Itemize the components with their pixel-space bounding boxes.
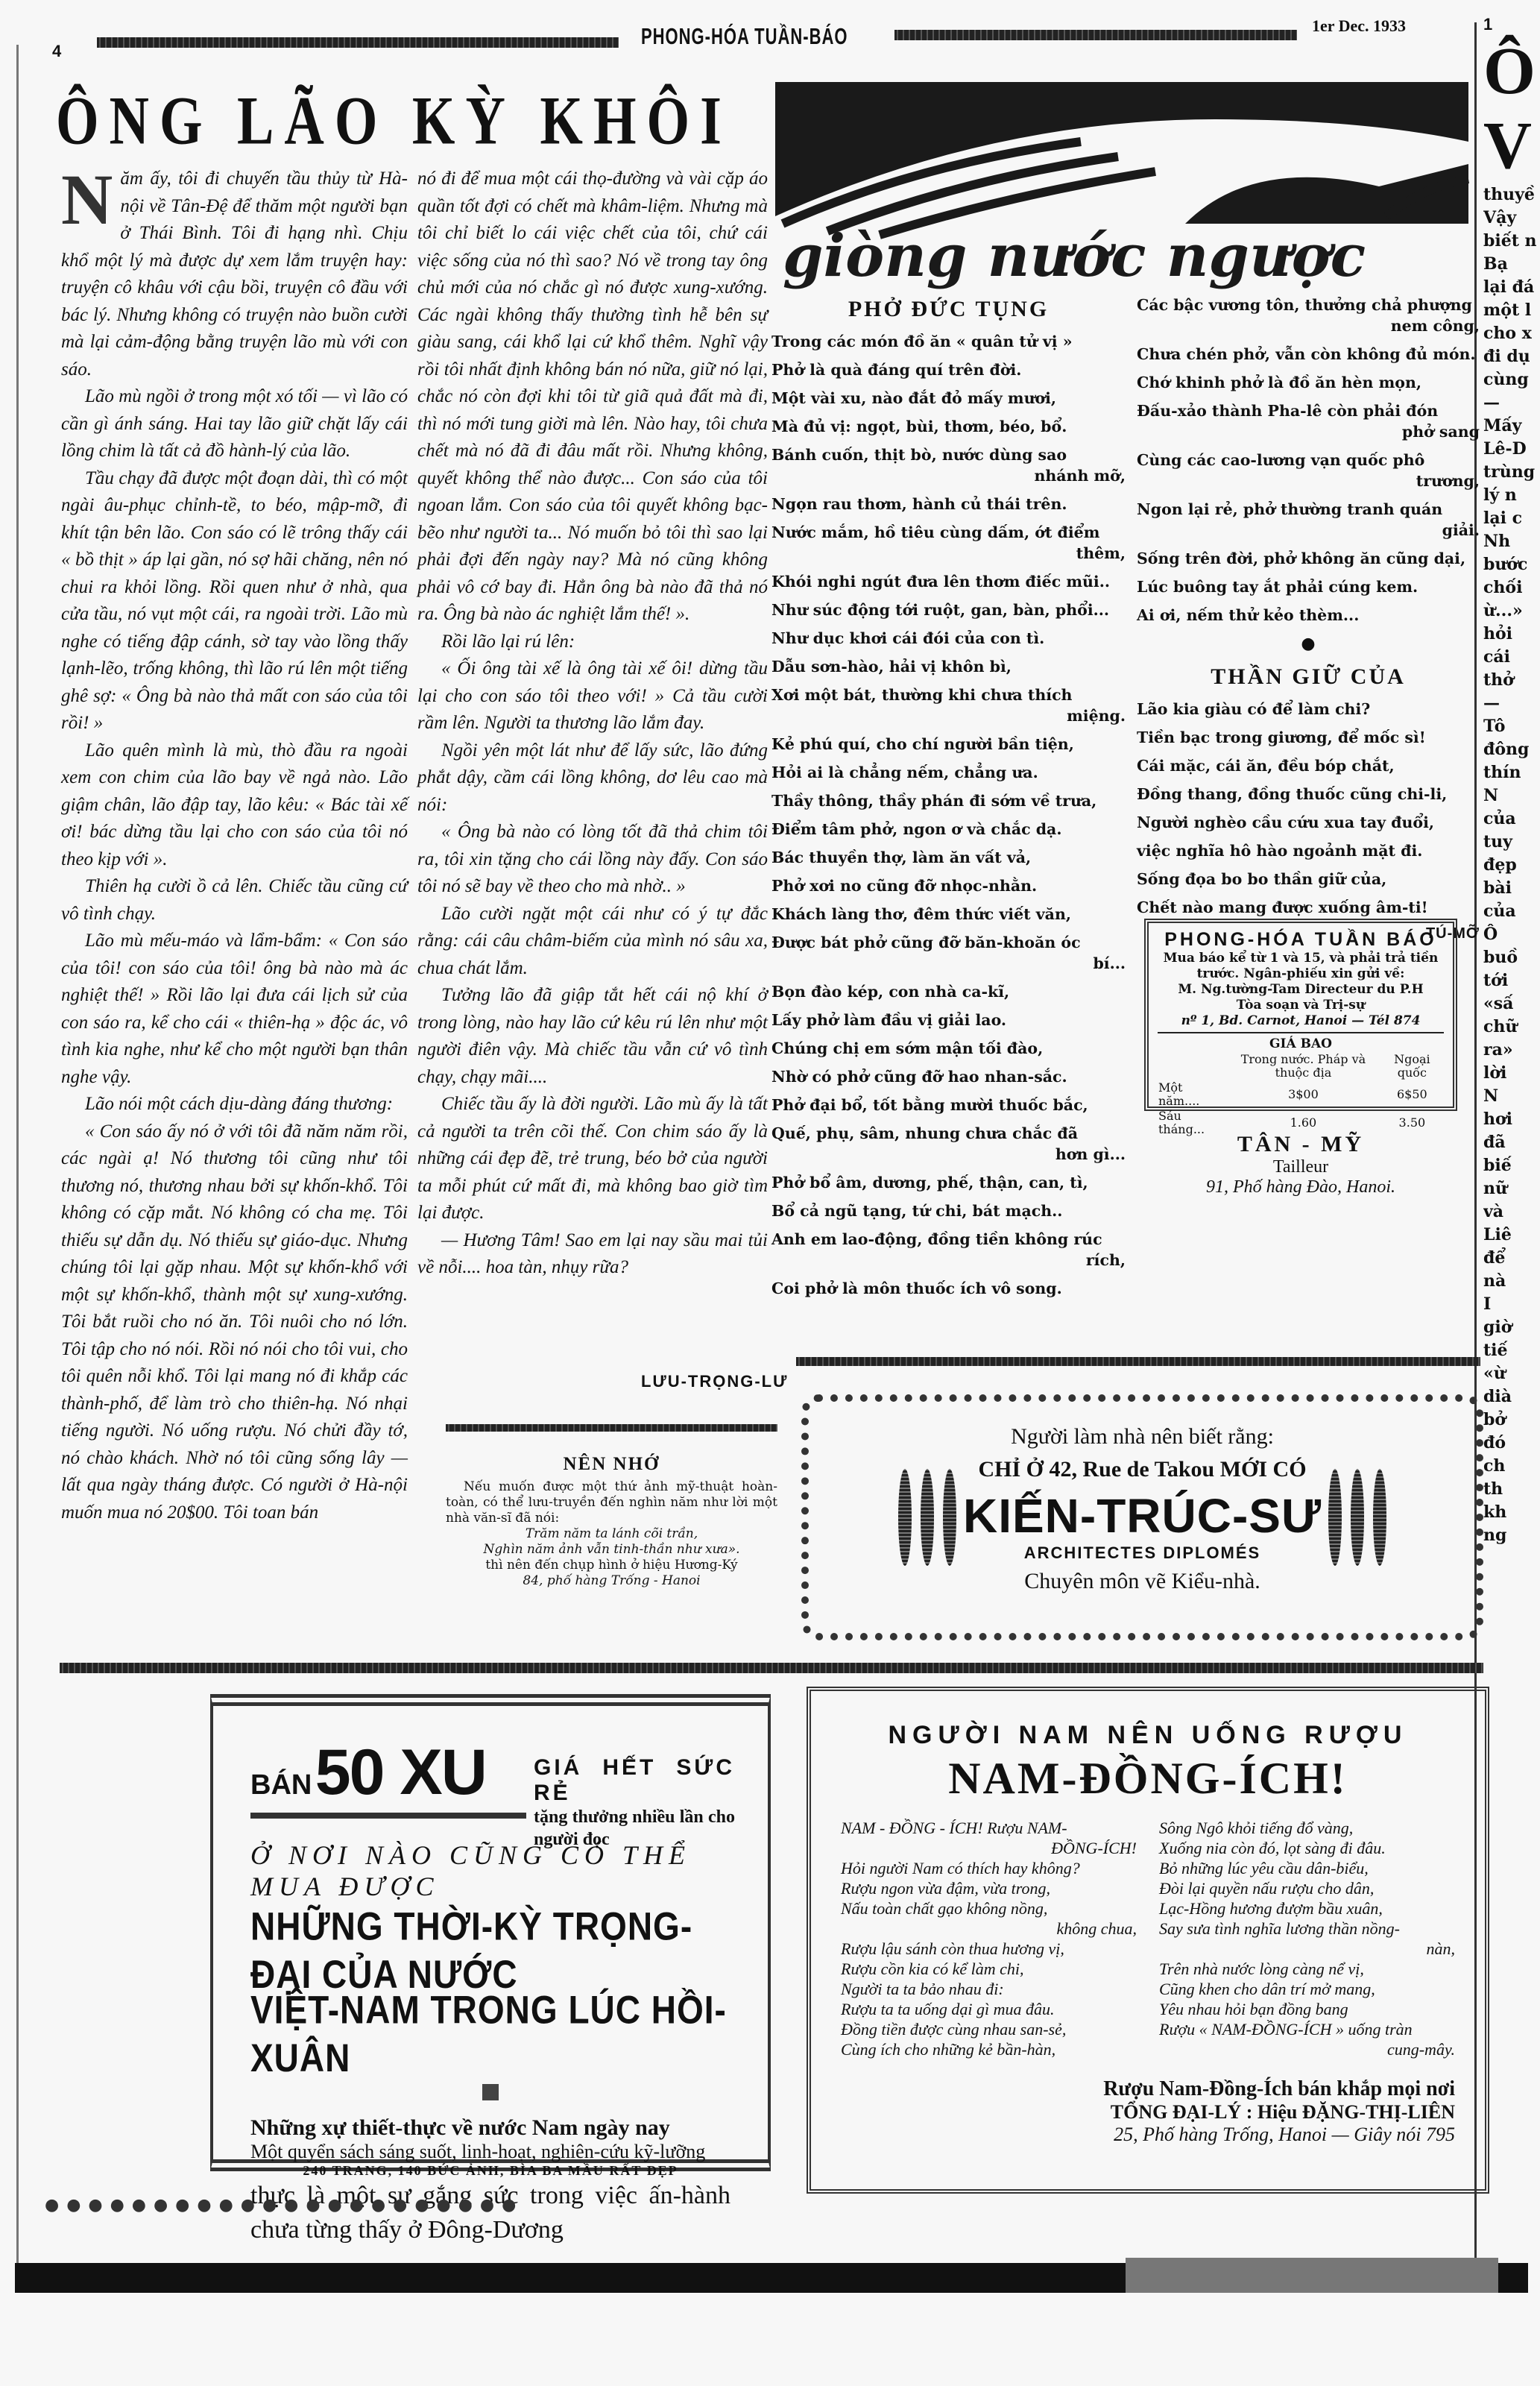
- notice-verse: Nghìn năm ảnh vẫn tinh-thần như xưa».: [446, 1542, 777, 1558]
- poem-line: Lấy phở làm đầu vị giải lao.: [771, 1010, 1126, 1030]
- next-page-strip: 1 Ô V thuyềVậybiết nBạlại đámột lcho xđi…: [1483, 15, 1540, 1547]
- price-title: GIÁ BAO: [1158, 1036, 1444, 1052]
- page-left-edge: [16, 45, 19, 2282]
- strip-line: Bạ: [1483, 253, 1540, 276]
- poem-line: Xơi một bát, thường khi chưa thíchmiệng.: [771, 684, 1126, 726]
- poem-line: Nấu toàn chất gạo không nồng,không chua,: [841, 1898, 1137, 1939]
- strip-line: dià: [1483, 1385, 1540, 1408]
- strip-line: tuy: [1483, 831, 1540, 854]
- strip-line: th: [1483, 1478, 1540, 1501]
- photo-studio-notice: NÊN NHỚ Nếu muốn được một thứ ảnh mỹ-thu…: [446, 1454, 777, 1589]
- giong-nuoc-nguoc-illustration: giòng nước ngược: [768, 75, 1476, 298]
- strip-line: lời: [1483, 1062, 1540, 1085]
- paragraph: Lão mù mếu-máo và lẩm-bẩm: « Con sáo của…: [61, 928, 408, 1091]
- article-author: LƯU-TRỌNG-LƯ: [641, 1372, 788, 1391]
- tailor-name: TÂN - MỸ: [1144, 1132, 1457, 1157]
- poem-line: Được bát phở cũng đỡ băn-khoăn ócbí...: [771, 932, 1126, 974]
- poem-line: Say sưa tình nghĩa lương thần nồng-nàn,: [1159, 1918, 1455, 1959]
- price-table: Trong nước. Pháp và thuộc địaNgoại quốc …: [1158, 1052, 1444, 1137]
- poem-line: Cùng các cao-lương vạn quốc phôtrương,: [1137, 450, 1480, 491]
- strip-line: hơi: [1483, 1108, 1540, 1131]
- poem-line: Đồng tiền được cùng nhau san-sẻ,: [841, 2019, 1137, 2039]
- subscription-title: PHONG-HÓA TUẦN BÁO: [1158, 929, 1444, 951]
- poem-line: Cũng khen cho dân trí mở mang,: [1159, 1979, 1455, 1999]
- strip-line: hỏi: [1483, 623, 1540, 646]
- subscription-box: PHONG-HÓA TUẦN BÁO Mua báo kể từ 1 và 15…: [1144, 919, 1457, 1111]
- paragraph: Lão nói một cách dịu-dàng đáng thương:: [61, 1091, 408, 1118]
- strip-line: N: [1483, 784, 1540, 808]
- poem-line: Chúng chị em sớm mận tối đào,: [771, 1038, 1126, 1059]
- poem-line: Rượu ngon vừa đậm, vừa trong,: [841, 1878, 1137, 1898]
- notice-title: NÊN NHỚ: [446, 1454, 777, 1475]
- poem-line: Rượu lậu sánh còn thua hương vị,: [841, 1939, 1137, 1959]
- poem-line: Tiền bạc trong giương, để mốc sì!: [1137, 727, 1480, 748]
- poem-line: Sông Ngô khỏi tiếng đổ vàng,: [1159, 1818, 1455, 1838]
- strip-line: Mấy: [1483, 415, 1540, 438]
- strip-line: cho x: [1483, 322, 1540, 345]
- notice-verse: Trăm năm ta lánh cõi trần,: [446, 1526, 777, 1542]
- poem-line: Bác thuyền thợ, làm ăn vất vả,: [771, 847, 1126, 868]
- strip-line: chối: [1483, 576, 1540, 599]
- ad-side-text: GIÁ HẾT SỨC RẺ tặng thưởng nhiều lần cho…: [534, 1755, 735, 1851]
- architect-ad: Người làm nhà nên biết rằng: CHỈ Ở 42, R…: [801, 1394, 1483, 1640]
- poem-line: Phở đại bổ, tốt bằng mười thuốc bắc,: [771, 1095, 1126, 1115]
- strip-line: lý n: [1483, 484, 1540, 507]
- strip-line: biế: [1483, 1154, 1540, 1177]
- book-title: VIỆT-NAM TRONG LÚC HỒI-XUÂN: [250, 1986, 730, 2082]
- poem-title: THẦN GIỮ CỦA: [1137, 664, 1480, 690]
- article-title: ÔNG LÃO KỲ KHÔI: [56, 82, 732, 161]
- strip-line: bước: [1483, 553, 1540, 576]
- article-column-middle: nó đi để mua một cái thọ-đường và vài cặ…: [417, 166, 768, 1282]
- paragraph: Tưởng lão đã giập tắt hết cái nộ khí ở t…: [417, 982, 768, 1091]
- paragraph: Thiên hạ cười ồ cả lên. Chiếc tầu cũng c…: [61, 873, 408, 928]
- poem-line: Phở bổ âm, dương, phế, thận, can, tì,: [771, 1172, 1126, 1193]
- strip-line: cái: [1483, 646, 1540, 669]
- poem-line: Người ta ta bảo nhau đi:: [841, 1979, 1137, 1999]
- poem-line: Khách làng thơ, đêm thức viết văn,: [771, 904, 1126, 925]
- svg-text:giòng nước ngược: giòng nước ngược: [783, 222, 1366, 290]
- strip-line: biết n: [1483, 230, 1540, 253]
- section-divider: [446, 1424, 777, 1432]
- leaf-ornament-icon: [1373, 1469, 1386, 1566]
- page-bottom-shadow: [1126, 2258, 1498, 2293]
- strip-line: lại đá: [1483, 276, 1540, 299]
- strip-line: tới: [1483, 969, 1540, 992]
- bullet-icon: ●: [1137, 633, 1480, 654]
- poem-line: Coi phở là môn thuốc ích vô song.: [771, 1278, 1126, 1299]
- poem-line: Cùng ích cho những kẻ bần-hàn,: [841, 2039, 1137, 2059]
- poem-line: Anh em lao-động, đồng tiền không rúcrích…: [771, 1229, 1126, 1271]
- poem-line: Lão kia giàu có để làm chi?: [1137, 699, 1480, 720]
- strip-line: bở: [1483, 1408, 1540, 1432]
- strip-line: nà: [1483, 1270, 1540, 1293]
- strip-line: và: [1483, 1200, 1540, 1224]
- paragraph: nó đi để mua một cái thọ-đường và vài cặ…: [417, 166, 768, 629]
- strip-line: nữ: [1483, 1177, 1540, 1200]
- poem-pho-duc-tung: PHỞ ĐỨC TỤNG Trong các món đồ ăn « quân …: [771, 297, 1126, 1306]
- strip-line: chữ: [1483, 1016, 1540, 1039]
- drop-cap: N: [61, 170, 113, 230]
- page-number: 1: [1483, 15, 1540, 34]
- paragraph: Lão mù ngồi ở trong một xó tối — vì lão …: [61, 383, 408, 465]
- strip-line: đẹp: [1483, 854, 1540, 877]
- office-address: nº 1, Bd. Carnot, Hanoi — Tél 874: [1158, 1013, 1444, 1029]
- strip-line: kh: [1483, 1501, 1540, 1524]
- poem-line: Đòi lại quyền nấu rượu cho dân,: [1159, 1878, 1455, 1898]
- poem-line: Phở là quà đáng quí trên đời.: [771, 359, 1126, 380]
- strip-line: —: [1483, 692, 1540, 715]
- poem-line: Kẻ phú quí, cho chí người bần tiện,: [771, 734, 1126, 755]
- notice-outro: thì nên đến chụp hình ở hiệu Hương-Ký: [446, 1558, 777, 1573]
- square-ornament-icon: [482, 2084, 499, 2100]
- agent-address: 25, Phố hàng Trống, Hanoi — Giây nói 795: [841, 2124, 1455, 2146]
- strip-line: cùng: [1483, 368, 1540, 391]
- ad-label: BÁN: [250, 1769, 312, 1801]
- paragraph: — Hương Tâm! Sao em lại nay sầu mai tủi …: [417, 1227, 768, 1282]
- poem-line: Ngon lại rẻ, phở thường tranh quángiải.: [1137, 499, 1480, 541]
- poem-column-right: Các bậc vương tôn, thưởng chả phượngnem …: [1137, 295, 1480, 942]
- strip-line: «sấ: [1483, 992, 1540, 1016]
- ad-line: Rượu Nam-Đồng-Ích bán khắp mọi nơi: [841, 2077, 1455, 2101]
- strip-line: thín: [1483, 761, 1540, 784]
- strip-line: Liê: [1483, 1224, 1540, 1247]
- poem-line: Sống đọa bo bo thần giữ của,: [1137, 869, 1480, 890]
- poem-line: Nước mắm, hồ tiêu cùng dấm, ớt điểmthêm,: [771, 522, 1126, 564]
- ad-line: Chuyên môn vẽ Kiểu-nhà.: [809, 1569, 1476, 1594]
- poem-line: Hỏi ai là chẳng nếm, chẳng ưa.: [771, 762, 1126, 783]
- paragraph: Lão cười ngặt một cái như có ý tự đắc rằ…: [417, 901, 768, 983]
- poem-line: Dẫu sơn-hào, hải vị khôn bì,: [771, 656, 1126, 677]
- strip-line: Lê-D: [1483, 438, 1540, 461]
- strip-line: đông: [1483, 738, 1540, 761]
- poem-line: Nhờ có phở cũng đỡ hao nhan-sắc.: [771, 1066, 1126, 1087]
- poem-line: Chớ khinh phở là đồ ăn hèn mọn,: [1137, 372, 1480, 393]
- strip-line: buồ: [1483, 946, 1540, 969]
- strip-line: bài: [1483, 877, 1540, 900]
- poem-line: Các bậc vương tôn, thưởng chả phượngnem …: [1137, 295, 1480, 336]
- ad-heading: NGƯỜI NAM NÊN UỐNG RƯỢU: [841, 1721, 1455, 1750]
- strip-line: N: [1483, 1085, 1540, 1108]
- poem-line: NAM - ĐỒNG - ÍCH! Rượu NAM-ĐỒNG-ÍCH!: [841, 1818, 1137, 1858]
- poem-title: PHỞ ĐỨC TỤNG: [771, 297, 1126, 322]
- strip-line: I: [1483, 1293, 1540, 1316]
- poem-line: Người nghèo cầu cứu xua tay đuổi,: [1137, 812, 1480, 833]
- poem-line: Rượu cồn kia có kể làm chi,: [841, 1959, 1137, 1979]
- leaf-ornament-icon: [1328, 1469, 1342, 1566]
- ad-brand: NAM-ĐỒNG-ÍCH!: [841, 1753, 1455, 1804]
- ad-line: Một quyển sách sáng suốt, linh-hoạt, ngh…: [250, 2141, 730, 2163]
- leaf-ornament-icon: [943, 1469, 956, 1566]
- section-divider: [60, 1663, 1483, 1673]
- strip-line: tiế: [1483, 1339, 1540, 1362]
- agent-name: TỔNG ĐẠI-LÝ : Hiệu ĐẶNG-THỊ-LIÊN: [841, 2101, 1455, 2124]
- leaf-ornament-icon: [921, 1469, 934, 1566]
- poem-line: Phở xơi no cũng đỡ nhọc-nhằn.: [771, 875, 1126, 896]
- poem-line: Yêu nhau hỏi bạn đồng bang: [1159, 1999, 1455, 2019]
- page-number: 4: [52, 42, 61, 61]
- tailor-ad: TÂN - MỸ Tailleur 91, Phố hàng Đào, Hano…: [1144, 1132, 1457, 1197]
- poem-line: Khói nghi ngút đưa lên thơm điếc mũi..: [771, 571, 1126, 592]
- strip-line: ng: [1483, 1524, 1540, 1547]
- paragraph: Chiếc tầu ấy là đời người. Lão mù ấy là …: [417, 1091, 768, 1227]
- poem-line: Xuống nia còn đó, lọt sàng đi đâu.: [1159, 1838, 1455, 1858]
- director-name: M. Ng.tường-Tam Directeur du P.H: [1158, 982, 1444, 998]
- poem-line: Như dục khơi cái đói của con tì.: [771, 628, 1126, 649]
- poem-line: Như súc động tới ruột, gan, bàn, phổi...: [771, 599, 1126, 620]
- poem-line: Lúc buông tay ắt phải cúng kem.: [1137, 576, 1480, 597]
- paragraph: « Con sáo ấy nó ở với tôi đã năm năm rồi…: [61, 1118, 408, 1527]
- strip-line: Tô: [1483, 715, 1540, 738]
- ad-line: Người làm nhà nên biết rằng:: [809, 1424, 1476, 1449]
- woodcut-waves-icon: giòng nước ngược: [768, 75, 1476, 298]
- poem-line: Quế, phụ, sâm, nhung chưa chắc đãhơn gì.…: [771, 1123, 1126, 1165]
- poem-line: Cái mặc, cái ăn, đều bóp chắt,: [1137, 755, 1480, 776]
- poem-line: Trong các món đồ ăn « quân tử vị »: [771, 331, 1126, 352]
- paragraph: Tầu chạy đã được một đoạn dài, thì có mộ…: [61, 465, 408, 737]
- poem-line: Bổ cả ngũ tạng, tứ chi, bát mạch..: [771, 1200, 1126, 1221]
- underline-bar: [250, 1813, 526, 1819]
- paragraph: Lão quên mình là mù, thò đầu ra ngoài xe…: [61, 737, 408, 874]
- poem-line: Đồng thang, đồng thuốc cũng chi-li,: [1137, 784, 1480, 805]
- poem-line: Bọn đào kép, con nhà ca-kĩ,: [771, 981, 1126, 1002]
- poem-line: Sống trên đời, phở không ăn cũng dại,: [1137, 548, 1480, 569]
- section-divider: [796, 1357, 1480, 1366]
- strip-line: một l: [1483, 299, 1540, 322]
- article-column-left: Năm ấy, tôi đi chuyến tầu thủy từ Hà-nội…: [61, 166, 408, 1526]
- poem-line: Bỏ những lúc yêu cầu dân-biểu,: [1159, 1858, 1455, 1878]
- header-rule-right: [894, 30, 1297, 40]
- strip-line: trùng: [1483, 461, 1540, 484]
- tailor-trade: Tailleur: [1144, 1157, 1457, 1177]
- subscription-text: Mua báo kể từ 1 và 15, và phải trả tiền …: [1158, 951, 1444, 982]
- poem-line: Chưa chén phở, vẫn còn không đủ món.: [1137, 344, 1480, 365]
- poem-line: Điểm tâm phở, ngon ơ và chắc dạ.: [771, 819, 1126, 840]
- strip-line: Ô: [1483, 923, 1540, 946]
- strip-line: của: [1483, 808, 1540, 831]
- strip-line: thuyề: [1483, 183, 1540, 207]
- leaf-ornament-icon: [1351, 1469, 1364, 1566]
- strip-line: Nh: [1483, 530, 1540, 553]
- poem-line: Rượu « NAM-ĐỒNG-ÍCH » uống tràncung-mây.: [1159, 2019, 1455, 2059]
- dot-ornament-row: ●●●●●●●●●●●●●●●●●●●●●●: [45, 2196, 596, 2215]
- strip-line: —: [1483, 391, 1540, 415]
- strip-line: của: [1483, 900, 1540, 923]
- poem-line: Ai ơi, nếm thử kẻo thèm...: [1137, 605, 1480, 626]
- ad-line: 240 TRANG, 140 BỨC ẢNH, BÌA BA MẦU RẤT Đ…: [250, 2163, 730, 2179]
- strip-line: để: [1483, 1247, 1540, 1270]
- wine-ad: NGƯỜI NAM NÊN UỐNG RƯỢU NAM-ĐỒNG-ÍCH! NA…: [807, 1687, 1489, 2194]
- poem-line: Thầy thông, thầy phán đi sớm về trưa,: [771, 790, 1126, 811]
- poem-line: Rượu ta ta uống dại gì mua đâu.: [841, 1999, 1137, 2019]
- notice-intro: Nếu muốn được một thứ ảnh mỹ-thuật hoàn-…: [446, 1479, 777, 1526]
- paragraph: Năm ấy, tôi đi chuyến tầu thủy từ Hà-nội…: [61, 166, 408, 383]
- ad-line: Những xự thiết-thực về nước Nam ngày nay: [250, 2115, 730, 2141]
- poem-line: việc nghĩa hô hào ngoảnh mặt đi.: [1137, 840, 1480, 861]
- strip-line: lại c: [1483, 507, 1540, 530]
- ad-price: 50 XU: [315, 1737, 486, 1808]
- issue-date: 1er Dec. 1933: [1312, 16, 1406, 36]
- notice-address: 84, phố hàng Trống - Hanoi: [446, 1573, 777, 1589]
- table-row: Một năm....3$006$50: [1158, 1080, 1444, 1109]
- book-title: NHỮNG THỜI-KỲ TRỌNG-ĐẠI CỦA NƯỚC: [250, 1902, 730, 1998]
- book-ad: BÁN 50 XU GIÁ HẾT SỨC RẺ tặng thưởng nhi…: [210, 1694, 771, 2171]
- paragraph: « Ông bà nào có lòng tốt đã thả chim tôi…: [417, 819, 768, 901]
- strip-line: Vậy: [1483, 207, 1540, 230]
- publication-name: PHONG-HÓA TUẦN-BÁO: [641, 23, 848, 50]
- poem-line: Ngọn rau thơm, hành củ thái trên.: [771, 494, 1126, 514]
- wine-poem-left: NAM - ĐỒNG - ÍCH! Rượu NAM-ĐỒNG-ÍCH!Hỏi …: [841, 1818, 1137, 2059]
- strip-line: đó: [1483, 1432, 1540, 1455]
- strip-line: đi dụ: [1483, 345, 1540, 368]
- strip-line: ừ...»: [1483, 599, 1540, 623]
- poem-line: Mà đủ vị: ngọt, bùi, thơm, béo, bổ.: [771, 416, 1126, 437]
- poem-line: Một vài xu, nào đắt đỏ mấy mươi,: [771, 388, 1126, 409]
- strip-line: «ừ: [1483, 1362, 1540, 1385]
- paragraph: Ngồi yên một lát như để lấy sức, lão đứn…: [417, 737, 768, 819]
- strip-line: ch: [1483, 1455, 1540, 1478]
- poem-line: Bánh cuốn, thịt bò, nước dùng saonhánh m…: [771, 444, 1126, 486]
- paragraph: Rồi lão lại rú lên:: [417, 629, 768, 656]
- leaf-ornament-icon: [898, 1469, 912, 1566]
- poem-line: Trên nhà nước lòng càng nể vị,: [1159, 1959, 1455, 1979]
- strip-line: đã: [1483, 1131, 1540, 1154]
- header-rule-left: [97, 37, 619, 48]
- poem-line: Chết nào mang được xuống âm-ti!: [1137, 897, 1480, 918]
- wine-poem-right: Sông Ngô khỏi tiếng đổ vàng,Xuống nia cò…: [1159, 1818, 1455, 2059]
- strip-line: giờ: [1483, 1316, 1540, 1339]
- poem-line: Lạc-Hồng hương đượm bầu xuân,: [1159, 1898, 1455, 1918]
- tailor-address: 91, Phố hàng Đào, Hanoi.: [1144, 1177, 1457, 1197]
- poem-line: Hỏi người Nam có thích hay không?: [841, 1858, 1137, 1878]
- paragraph: « Ối ông tài xế là ông tài xế ôi! dừng t…: [417, 655, 768, 737]
- poem-line: Đấu-xảo thành Pha-lê còn phải đónphở san…: [1137, 400, 1480, 442]
- office-label: Tòa soạn và Trị-sự: [1158, 998, 1444, 1013]
- strip-line: ra»: [1483, 1039, 1540, 1062]
- strip-line: thở: [1483, 669, 1540, 692]
